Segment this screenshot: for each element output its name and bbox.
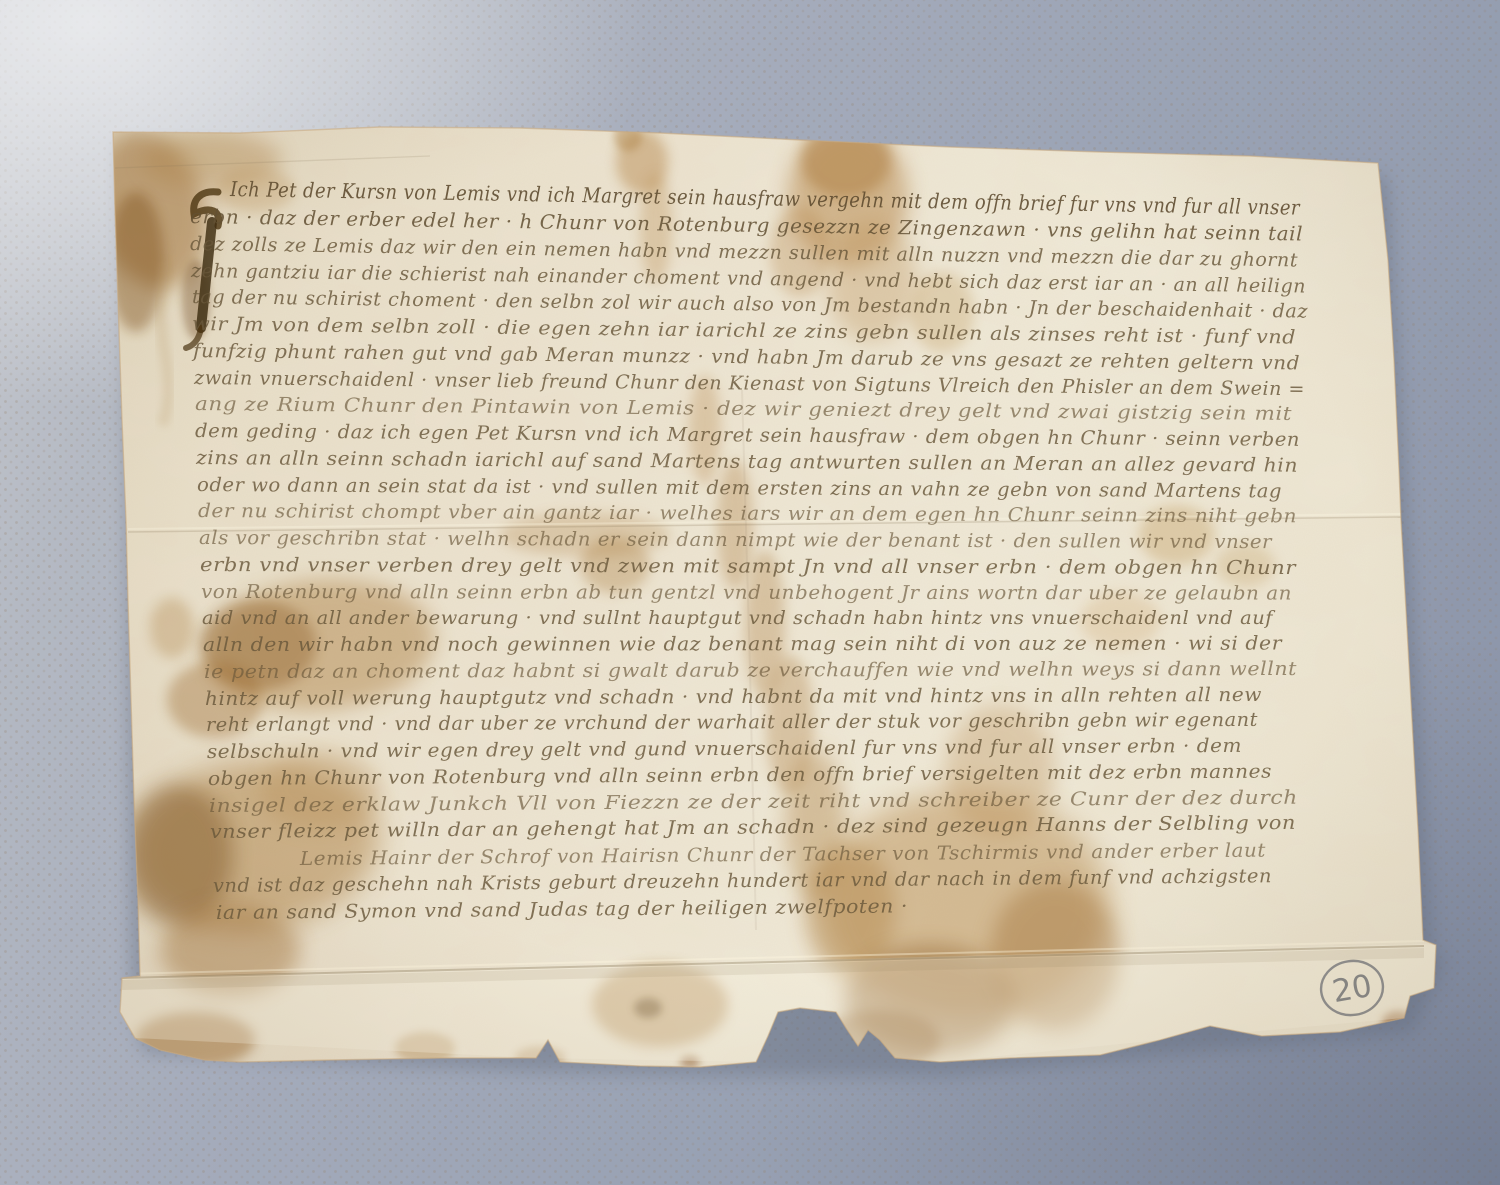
photo-canvas: Ich Pet der Kursn von Lemis vnd ich Marg… — [0, 0, 1500, 1185]
photograph-of-parchment-charter: Ich Pet der Kursn von Lemis vnd ich Marg… — [0, 0, 1500, 1185]
parchment-vignette — [90, 105, 1460, 1095]
parchment-sheet: Ich Pet der Kursn von Lemis vnd ich Marg… — [76, 105, 1460, 1095]
